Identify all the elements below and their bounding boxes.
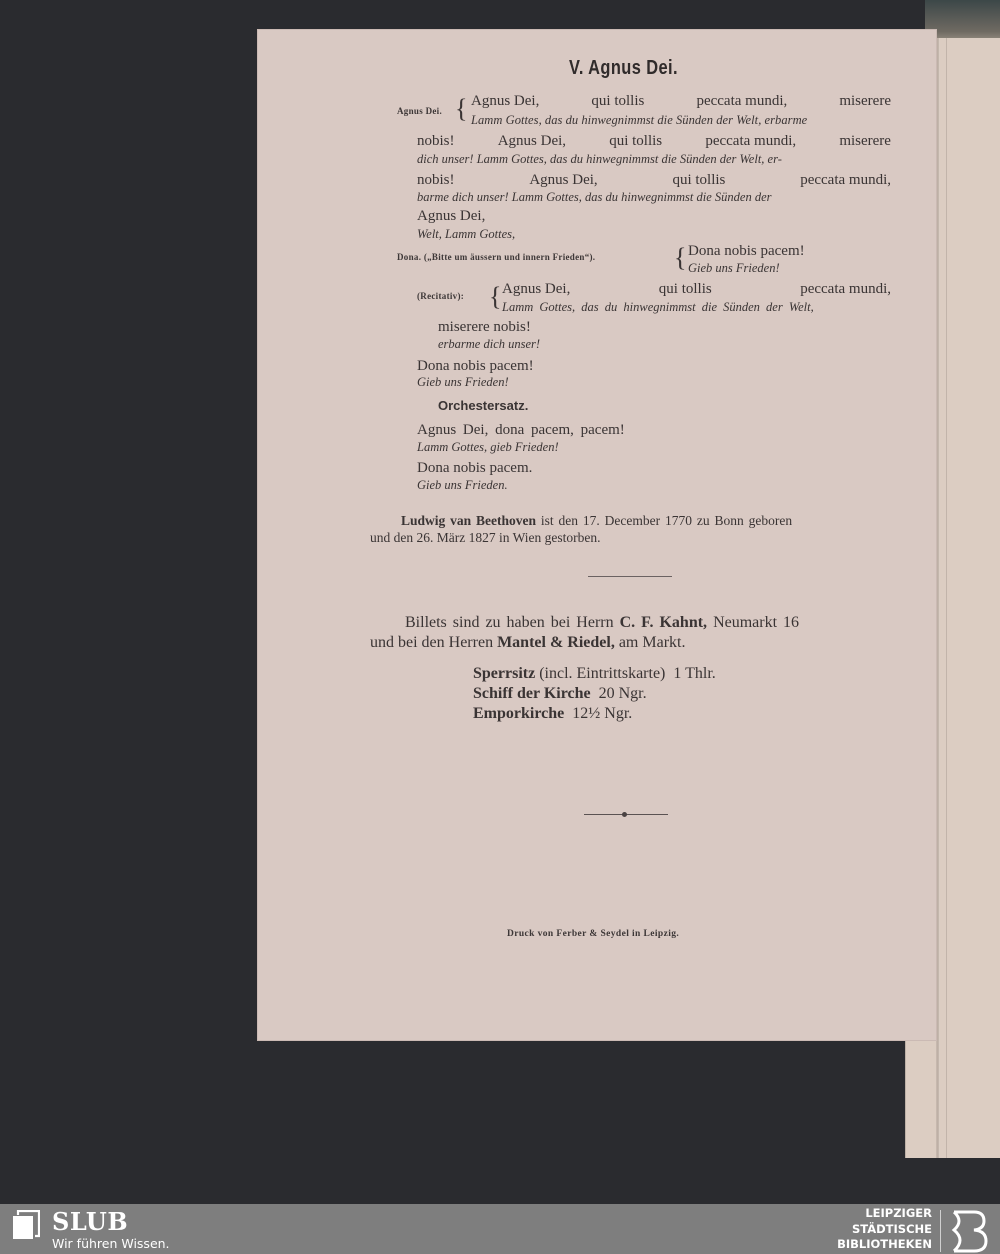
agnus-label: Agnus Dei. [397, 106, 442, 116]
agnus-line1-latin: Agnus Dei, qui tollis peccata mundi, mis… [471, 93, 891, 110]
brand-line: STÄDTISCHE [837, 1222, 932, 1238]
dona-label: Dona. („Bitte um äussern und innern Frie… [397, 252, 595, 262]
text: Agnus Dei, [471, 93, 539, 110]
text: peccata mundi, [800, 172, 891, 189]
recitativ-line1-german: Lamm Gottes, das du hinwegnimmst die Sün… [502, 300, 814, 315]
agnus-line3-german: barme dich unser! Lamm Gottes, das du hi… [417, 190, 772, 205]
price-row: Sperrsitz (incl. Eintrittskarte) 1 Thlr. [473, 665, 716, 683]
page-fold-line [946, 38, 947, 1158]
page-title: V. Agnus Dei. [569, 57, 678, 80]
recitativ-line2-latin: miserere nobis! [438, 319, 531, 336]
text: nobis! [417, 172, 455, 189]
recitativ-line1-latin: Agnus Dei, qui tollis peccata mundi, [502, 281, 891, 298]
slub-logo-icon [12, 1210, 40, 1240]
lsb-logo-icon [950, 1208, 990, 1254]
agnus-line3-latin: nobis! Agnus Dei, qui tollis peccata mun… [417, 172, 891, 189]
dona-latin: Dona nobis pacem! [688, 243, 805, 260]
biography-line2: und den 26. März 1827 in Wien gestorben. [370, 530, 601, 546]
text: Neumarkt 16 [707, 614, 799, 631]
orchestersatz-line1-latin: Agnus Dei, dona pacem, pacem! [417, 422, 625, 439]
brand-line: LEIPZIGER [837, 1206, 932, 1222]
document-page: V. Agnus Dei. Agnus Dei. { Agnus Dei, qu… [257, 29, 937, 1041]
text: qui tollis [591, 93, 644, 110]
text: am Markt. [615, 634, 686, 651]
brand-line: BIBLIOTHEKEN [837, 1237, 932, 1253]
vendor-mantel-riedel: Mantel & Riedel, [497, 634, 615, 651]
seat-price: 12½ Ngr. [572, 705, 632, 722]
recitativ-line3-latin: Dona nobis pacem! [417, 358, 534, 375]
text: qui tollis [659, 281, 712, 298]
text: peccata mundi, [800, 281, 891, 298]
text: miserere [839, 93, 891, 110]
slub-tagline: Wir führen Wissen. [52, 1236, 170, 1251]
biography-line1: Ludwig van Beethoven ist den 17. Decembe… [401, 513, 792, 529]
tickets-line2: und bei den Herren Mantel & Riedel, am M… [370, 634, 685, 652]
brace: { [455, 96, 467, 122]
orchestersatz-line1-german: Lamm Gottes, gieb Frieden! [417, 440, 559, 455]
divider-rule [588, 576, 672, 577]
seat-price: 1 Thlr. [673, 665, 715, 682]
orchestersatz-heading: Orchestersatz. [438, 398, 528, 413]
text: peccata mundi, [696, 93, 787, 110]
brace: { [674, 245, 686, 271]
tickets-line1: Billets sind zu haben bei Herrn C. F. Ka… [405, 614, 799, 632]
seat-price: 20 Ngr. [599, 685, 647, 702]
agnus-line4-german: Welt, Lamm Gottes, [417, 227, 515, 242]
ornament-dot [622, 812, 627, 817]
seat-category: Sperrsitz [473, 665, 535, 682]
footer-bar: SLUB Wir führen Wissen. LEIPZIGER STÄDTI… [0, 1204, 1000, 1254]
orchestersatz-line2-latin: Dona nobis pacem. [417, 460, 532, 477]
agnus-line2-latin: nobis! Agnus Dei, qui tollis peccata mun… [417, 133, 891, 150]
agnus-line4-latin: Agnus Dei, [417, 208, 485, 225]
text: Agnus Dei, [502, 281, 570, 298]
composer-name: Ludwig van Beethoven [401, 513, 536, 528]
dona-subtitle: („Bitte um äussern und innern Frieden“). [424, 252, 596, 262]
printer-imprint: Druck von Ferber & Seydel in Leipzig. [507, 929, 679, 939]
seat-category: Schiff der Kirche [473, 685, 591, 702]
text: und bei den Herren [370, 634, 497, 651]
text: nobis! [417, 133, 455, 150]
text: qui tollis [609, 133, 662, 150]
brace: { [489, 284, 501, 310]
dona-german: Gieb uns Frieden! [688, 261, 780, 276]
text: Billets sind zu haben bei Herrn [405, 614, 620, 631]
text: Agnus Dei, [498, 133, 566, 150]
text: peccata mundi, [705, 133, 796, 150]
recitativ-label: (Recitativ): [417, 291, 464, 301]
orchestersatz-line2-german: Gieb uns Frieden. [417, 478, 508, 493]
slub-brand: SLUB [52, 1207, 128, 1236]
seat-note: (incl. Eintrittskarte) [535, 665, 665, 682]
price-row: Emporkirche 12½ Ngr. [473, 705, 632, 723]
agnus-line1-german: Lamm Gottes, das du hinwegnimmst die Sün… [471, 113, 807, 128]
price-row: Schiff der Kirche 20 Ngr. [473, 685, 647, 703]
seat-category: Emporkirche [473, 705, 564, 722]
lsb-brand: LEIPZIGER STÄDTISCHE BIBLIOTHEKEN [837, 1206, 932, 1253]
text: qui tollis [672, 172, 725, 189]
footer-divider [940, 1210, 941, 1252]
text: miserere [839, 133, 891, 150]
vendor-kahnt: C. F. Kahnt, [620, 614, 707, 631]
recitativ-line3-german: Gieb uns Frieden! [417, 375, 509, 390]
agnus-line2-german: dich unser! Lamm Gottes, das du hinwegni… [417, 152, 782, 167]
text: Agnus Dei, [529, 172, 597, 189]
dona-label-text: Dona. [397, 252, 421, 262]
recitativ-line2-german: erbarme dich unser! [438, 337, 540, 352]
text: ist den 17. December 1770 zu Bonn gebore… [536, 513, 792, 528]
